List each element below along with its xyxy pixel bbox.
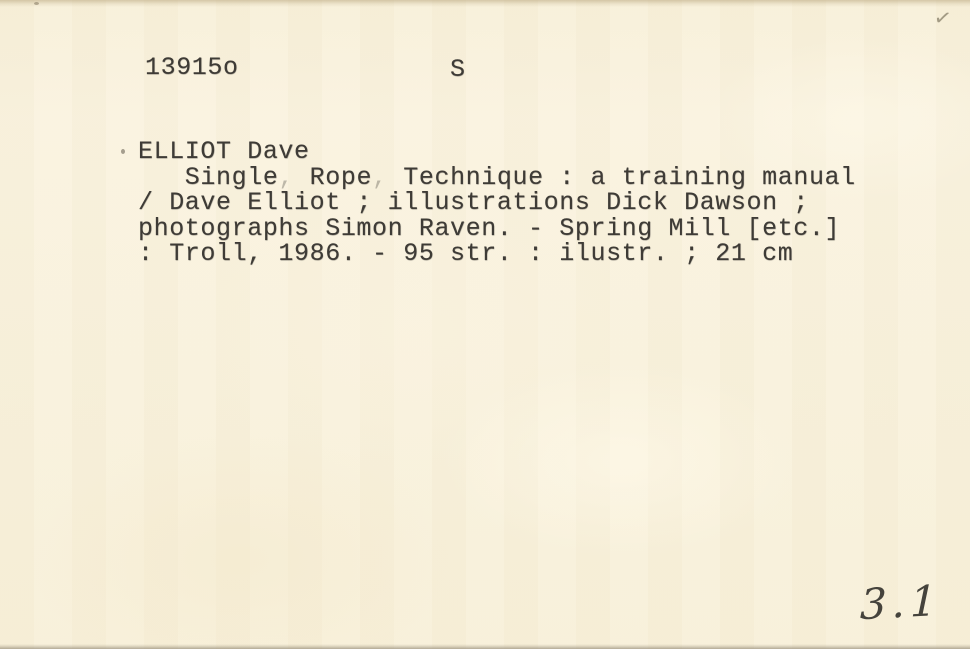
bibliographic-entry: ELLIOT Dave Single, Rope, Technique : a … [138, 139, 856, 267]
ink-speck [121, 149, 125, 154]
section-letter: S [450, 55, 466, 84]
card-line: / Dave Elliot ; illustrations Dick Dawso… [138, 190, 856, 216]
card-line-text: : Troll, 1986. - 95 str. : ilustr. ; 21 … [138, 239, 793, 268]
catalog-card-scan: ✓ 13915o S ELLIOT Dave Single, Rope, Tec… [0, 0, 970, 649]
ink-speck [34, 2, 39, 5]
card-line: : Troll, 1986. - 95 str. : ilustr. ; 21 … [138, 241, 856, 267]
pencil-checkmark: ✓ [932, 5, 954, 32]
card-bottom-edge [0, 644, 970, 649]
handwritten-note: 3.1 [860, 580, 942, 626]
card-line: photographs Simon Raven. - Spring Mill [… [138, 216, 856, 242]
card-line: ELLIOT Dave [138, 139, 856, 165]
card-line: Single, Rope, Technique : a training man… [138, 165, 856, 191]
card-top-edge [0, 0, 970, 7]
call-number: 13915o [145, 53, 239, 82]
